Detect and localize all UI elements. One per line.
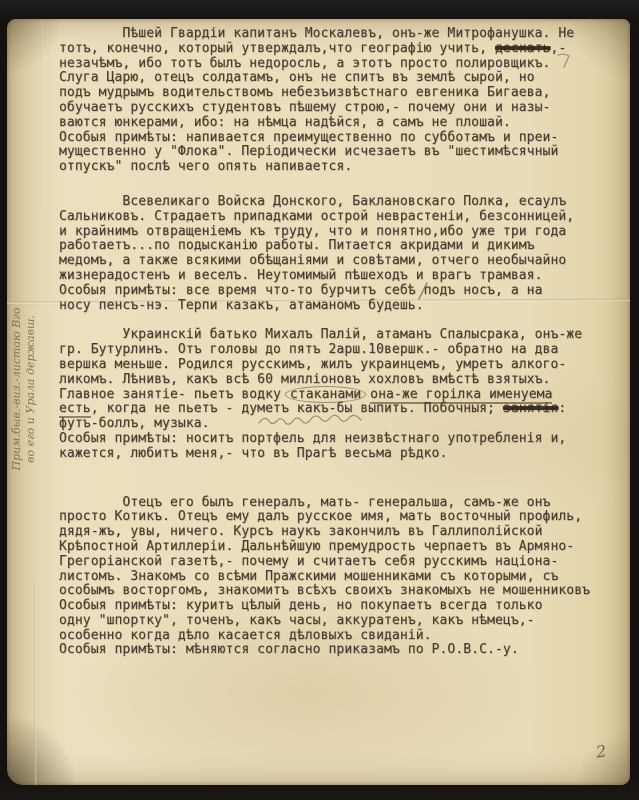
typewritten-line: подъ мудрымъ водительствомъ небезъизвѣст… — [59, 86, 619, 101]
page-number: 2 — [595, 741, 608, 761]
typewritten-line: Украинскій батько Михалъ Палій, атаманъ … — [59, 328, 619, 343]
typewritten-line: обучаетъ русскихъ студентовъ пѣшему стро… — [59, 101, 619, 116]
typewritten-line: кажется, любитъ меня,- что въ Прагѣ весь… — [59, 447, 619, 462]
typewritten-line: гр. Бутурлинъ. Отъ головы до пятъ 2арш.1… — [59, 343, 619, 358]
typewritten-line: носу пенсъ-нэ. Терпи казакъ, атаманомъ б… — [59, 299, 619, 314]
typewritten-line: Особыя примѣты: напивается преимуществен… — [59, 131, 619, 146]
typewritten-paragraph: Отецъ его былъ генералъ, мать- генеральш… — [59, 496, 619, 659]
text-segment: Главное занятіе- пьетъ водку — [59, 387, 289, 402]
typewritten-line: Особыя примѣты: все время что-то бурчитъ… — [59, 284, 619, 299]
margin-handwriting-line2: во его и Урала державш. — [24, 264, 38, 514]
typewritten-line: медомъ, а также всякими обѣщаніями и сов… — [59, 254, 619, 269]
typewritten-paragraph: Всевеликаго Войска Донского, Баклановска… — [59, 195, 619, 313]
typewritten-line: вершка меньше. Родился русскимъ, жилъ ук… — [59, 358, 619, 373]
margin-handwriting-line1: Прим.быв.-виз.-листаю Вго — [10, 264, 24, 514]
struck-word: занятія — [503, 401, 559, 416]
typewritten-line: Сальниковъ. Страдаетъ припадками острой … — [59, 210, 619, 225]
typewritten-text: Пѣшей Гвардіи капитанъ Москалевъ, онъ-же… — [59, 27, 619, 658]
typewritten-line: особенно когда дѣло касается дѣловыхъ св… — [59, 629, 619, 644]
typewritten-line: просто Котикъ. Отецъ ему далъ русское им… — [59, 510, 619, 525]
paper-sheet: Пѣшей Гвардіи капитанъ Москалевъ, онъ-же… — [7, 19, 630, 785]
pencil-slash-mark — [415, 281, 431, 301]
vertical-edge-crease — [40, 19, 43, 209]
typewritten-line: Слуга Царю, отецъ солдатамъ, онъ не спит… — [59, 71, 619, 86]
text-segment: : — [558, 401, 566, 416]
typewritten-line: Особыя примѣты: носитъ портфель для неиз… — [59, 432, 619, 447]
typewritten-line: Главное занятіе- пьетъ водку стаканами о… — [59, 388, 619, 403]
typewritten-line: незачѣмъ, ибо тотъ былъ недоросль, а это… — [59, 57, 619, 72]
margin-handwriting: Прим.быв.-виз.-листаю Вго во его и Урала… — [10, 264, 46, 514]
typewritten-line: отпускъ" послѣ чего опять напивается. — [59, 160, 619, 175]
typewritten-line: мущественно у "Флока". Періодически исче… — [59, 145, 619, 160]
typewritten-line: листомъ. Знакомъ со всѣми Пражскими моше… — [59, 570, 619, 585]
typewritten-line: Особыя примѣты: куритъ цѣлый день, но по… — [59, 599, 619, 614]
typewritten-line: особымъ восторгомъ, знакомитъ всѣхъ свои… — [59, 584, 619, 599]
typewritten-line: Пѣшей Гвардіи капитанъ Москалевъ, онъ-же… — [59, 27, 619, 42]
vertical-fold-crease — [34, 579, 37, 785]
typewritten-line: Отецъ его былъ генералъ, мать- генеральш… — [59, 496, 619, 511]
struck-word: дескать — [495, 41, 551, 56]
pencil-scribble — [255, 409, 365, 431]
typewritten-paragraph: Украинскій батько Михалъ Палій, атаманъ … — [59, 328, 619, 461]
circled-word: стаканами — [285, 386, 366, 403]
typewritten-paragraph: Пѣшей Гвардіи капитанъ Москалевъ, онъ-же… — [59, 27, 619, 175]
text-segment — [362, 387, 370, 402]
typewritten-line: Крѣпостной Артиллеріи. Дальнѣйшую премуд… — [59, 540, 619, 555]
typewritten-line: одну "шпортку", точенъ, какъ часы, аккур… — [59, 614, 619, 629]
typewritten-line: ликомъ. Лѣнивъ, какъ всѣ 60 милліоновъ х… — [59, 373, 619, 388]
text-segment: тотъ, конечно, который утверждалъ,что ге… — [59, 41, 495, 56]
typewritten-line: дядя-жъ, увы, ничего. Курсъ наукъ законч… — [59, 525, 619, 540]
pencil-tick-mark — [555, 51, 573, 69]
typewritten-line: работаетъ...по подысканію работы. Питает… — [59, 239, 619, 254]
typewritten-line: и крайнимъ отвращеніемъ къ труду, что и … — [59, 225, 619, 240]
typewritten-line: жизнерадостенъ и веселъ. Неутомимый пѣше… — [59, 269, 619, 284]
typewritten-line: ваются юнкерами, ибо: на нѣмца надѣйся, … — [59, 116, 619, 131]
typewritten-line: Грегоріанской газетѣ,- почему и считаетъ… — [59, 555, 619, 570]
scanned-document-screenshot: { "page": { "background_color": "#14110e… — [0, 0, 639, 800]
typewritten-line: Особыя примѣты: мѣняются согласно приказ… — [59, 643, 619, 658]
typewritten-line: Всевеликаго Войска Донского, Баклановска… — [59, 195, 619, 210]
typewritten-line: тотъ, конечно, который утверждалъ,что ге… — [59, 42, 619, 57]
